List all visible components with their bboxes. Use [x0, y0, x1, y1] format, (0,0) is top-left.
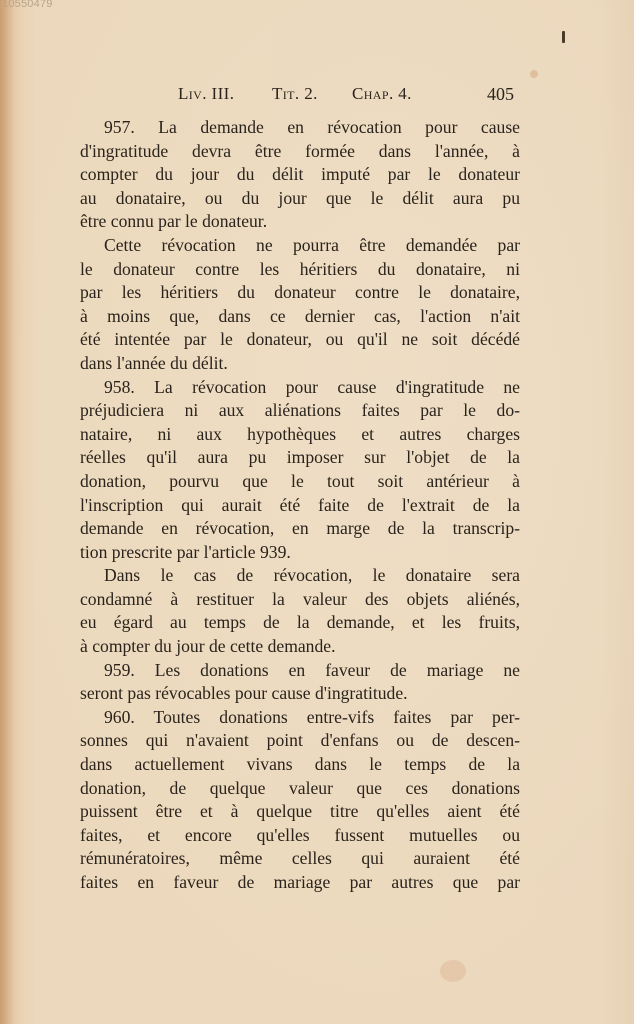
- text-line: faites, et encore qu'elles fussent mutue…: [80, 824, 520, 848]
- text-line: l'inscription qui aurait été faite de l'…: [80, 494, 520, 518]
- text-line: 957. La demande en révocation pour cause: [80, 116, 520, 140]
- text-line: 960. Toutes donations entre-vifs faites …: [80, 706, 520, 730]
- text-line: eu égard au temps de la demande, et les …: [80, 611, 520, 635]
- header-chapter: Chap. 4.: [352, 84, 412, 104]
- text-line: être connu par le donateur.: [80, 210, 520, 234]
- page-number: 405: [487, 84, 514, 105]
- binding-gutter-shadow: [0, 0, 14, 1024]
- body-text: 957. La demande en révocation pour cause…: [80, 116, 520, 895]
- text-line: faites en faveur de mariage par autres q…: [80, 871, 520, 895]
- text-line: donation, pourvu que le tout soit antéri…: [80, 470, 520, 494]
- running-header: Liv. III. Tit. 2. Chap. 4. 405: [0, 84, 634, 108]
- text-line: été intentée par le donateur, ou qu'il n…: [80, 328, 520, 352]
- ink-speck: [562, 31, 565, 43]
- text-line: à compter du jour de cette demande.: [80, 635, 520, 659]
- foxing-spot: [440, 960, 466, 982]
- text-line: tion prescrite par l'article 939.: [80, 541, 520, 565]
- text-line: dans l'année du délit.: [80, 352, 520, 376]
- text-line: d'ingratitude devra être formée dans l'a…: [80, 140, 520, 164]
- text-line: 958. La révocation pour cause d'ingratit…: [80, 376, 520, 400]
- text-line: Dans le cas de révocation, le donataire …: [80, 564, 520, 588]
- text-line: sonnes qui n'avaient point d'enfans ou d…: [80, 729, 520, 753]
- text-line: nataire, ni aux hypothèques et autres ch…: [80, 423, 520, 447]
- scan-id-label: 10550479: [2, 0, 53, 10]
- text-line: condamné à restituer la valeur des objet…: [80, 588, 520, 612]
- text-line: 959. Les donations en faveur de mariage …: [80, 659, 520, 683]
- header-book: Liv. III.: [178, 84, 234, 104]
- text-line: au donataire, ou du jour que le délit au…: [80, 187, 520, 211]
- text-line: dans actuellement vivans dans le temps d…: [80, 753, 520, 777]
- text-line: donation, de quelque valeur que ces dona…: [80, 777, 520, 801]
- text-line: compter du jour du délit imputé par le d…: [80, 163, 520, 187]
- text-line: à moins que, dans ce dernier cas, l'acti…: [80, 305, 520, 329]
- text-line: par les héritiers du donateur contre le …: [80, 281, 520, 305]
- text-line: le donateur contre les héritiers du dona…: [80, 258, 520, 282]
- foxing-spot: [530, 70, 538, 78]
- scanned-page: 10550479 Liv. III. Tit. 2. Chap. 4. 405 …: [0, 0, 634, 1024]
- text-line: seront pas révocables pour cause d'ingra…: [80, 682, 520, 706]
- text-line: réelles qu'il aura pu imposer sur l'obje…: [80, 446, 520, 470]
- text-line: préjudiciera ni aux aliénations faites p…: [80, 399, 520, 423]
- text-line: demande en révocation, en marge de la tr…: [80, 517, 520, 541]
- header-title: Tit. 2.: [272, 84, 318, 104]
- text-line: puissent être et à quelque titre qu'elle…: [80, 800, 520, 824]
- text-line: Cette révocation ne pourra être demandée…: [80, 234, 520, 258]
- text-line: rémunératoires, même celles qui auraient…: [80, 847, 520, 871]
